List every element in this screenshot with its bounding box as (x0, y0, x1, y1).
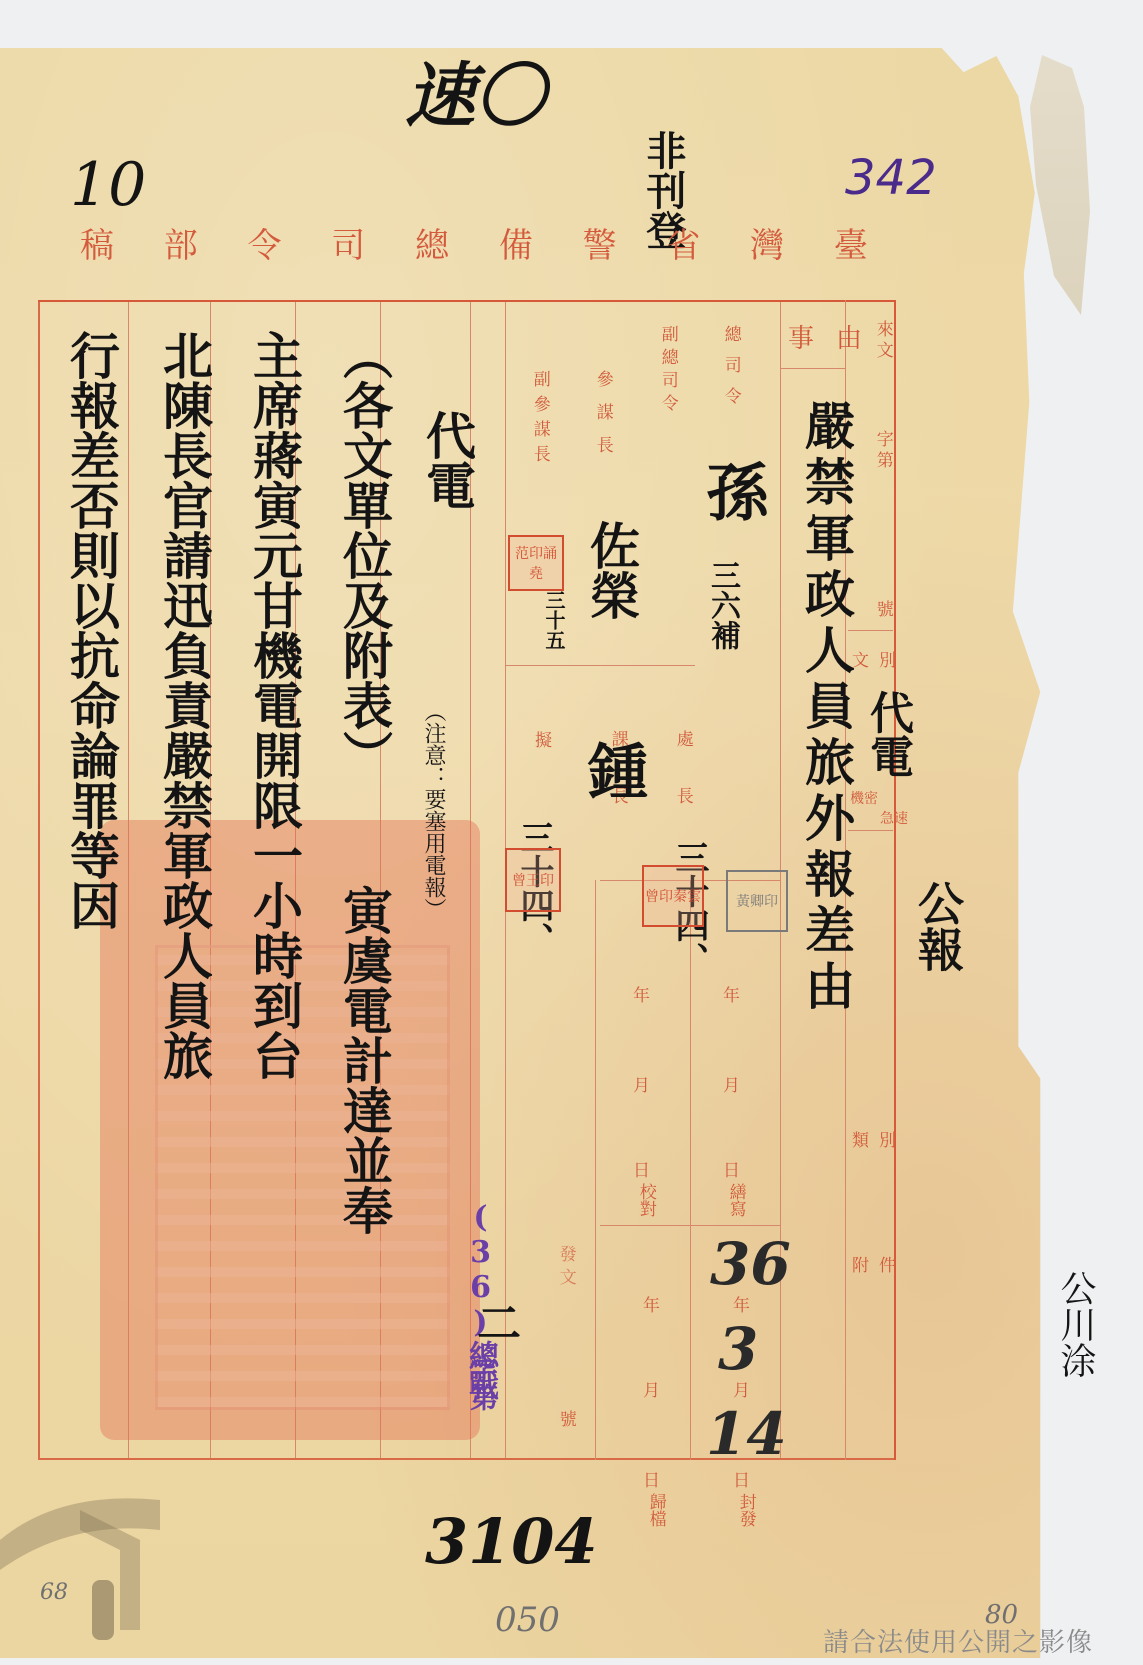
dispatch-year: 36 (710, 1230, 791, 1298)
header-char: 部 (164, 218, 200, 267)
body-line-1b: 寅虞電計達並奉 (335, 885, 394, 1235)
left-number-mark: 10 (70, 150, 146, 220)
label-hao-dispatch: 號 (553, 1410, 577, 1427)
header-char: 總 (415, 218, 451, 267)
header-char: 備 (499, 218, 535, 267)
seal-zeng-qinyun: 曾印秦雲 (642, 865, 704, 927)
day-label: 日 (633, 1160, 650, 1184)
label-guidang: 歸檔 (643, 1493, 667, 1527)
seal-zeng-wang: 曾王印 (505, 848, 561, 912)
year-label: 年 (633, 985, 650, 1009)
header-char: 省 (666, 218, 702, 267)
body-note: （注意：要塞用電報） (418, 700, 449, 920)
day-label: 日 (723, 1160, 740, 1184)
month-label: 月 (633, 1075, 650, 1099)
year-label: 年 (643, 1295, 660, 1319)
note-fucanmou: 三十五 (540, 590, 569, 650)
header-char: 警 (583, 218, 619, 267)
usage-watermark: 請合法使用公開之影像 (823, 1622, 1093, 1659)
torn-corner (1030, 55, 1090, 315)
year-label: 年 (723, 985, 740, 1009)
dispatch-stamp-middle: 二 (462, 1300, 526, 1344)
frame-top-line (38, 300, 896, 302)
label-zongsiling: 總司令 (718, 325, 742, 418)
subject-value: 嚴禁軍政人員旅外報差由 (790, 400, 862, 1016)
pencil-number: 050 (495, 1600, 560, 1640)
label-chuzhang: 處長 (670, 730, 694, 844)
header-char: 令 (248, 218, 284, 267)
label-canmouzhang: 參謀長 (590, 370, 614, 469)
label-fuzongsiling: 副總司令 (655, 325, 679, 417)
month-label: 月 (643, 1380, 660, 1404)
value-leibie: 公報 (905, 880, 971, 972)
label-ni: 擬 (535, 730, 552, 754)
dispatch-month: 3 (718, 1315, 758, 1383)
archive-logo-icon (0, 1460, 160, 1640)
value-wenbie: 代電 (855, 690, 919, 778)
ruled-line (780, 368, 845, 369)
signature-kezhang: 鍾 (570, 740, 656, 800)
dispatch-day: 14 (706, 1400, 787, 1468)
dispatch-number: 3104 (425, 1505, 598, 1578)
body-line-2: 主席蔣寅元甘機電開限一小時到台 (245, 330, 304, 1080)
header-char: 臺 (834, 218, 870, 267)
label-leibie: 類別 (852, 1130, 906, 1154)
ruled-line (600, 1225, 780, 1226)
body-line-1: （各文單位及附表） (335, 330, 394, 780)
label-wanjian: 急速 (880, 810, 908, 830)
printed-header: 臺 灣 省 警 備 總 司 令 部 稿 (80, 218, 870, 267)
seal-fan: 范印誦堯 (508, 535, 564, 591)
ruled-line (505, 665, 695, 666)
body-line-3: 北陳長官請迅負責嚴禁軍政人員旅 (155, 330, 214, 1080)
day-label: 日 (643, 1470, 660, 1494)
label-fawen: 發文 (553, 1245, 577, 1291)
body-line-4: 行報差否則以抗命論罪等因 (62, 330, 121, 930)
ruled-line (595, 880, 596, 1460)
label-shanxie: 繕寫 (723, 1183, 747, 1217)
label-zidi: 字第 (870, 430, 894, 472)
note-zongsiling: 三六補 (700, 560, 744, 650)
signature-zongsiling: 孫 (688, 460, 777, 522)
label-fujian: 附件 (852, 1255, 906, 1279)
label-subject: 事由 (788, 318, 884, 355)
right-edge-note: 公川涂 (1050, 1270, 1101, 1378)
header-char: 稿 (80, 218, 116, 267)
header-char: 司 (331, 218, 367, 267)
body-title: 代電 (418, 410, 477, 510)
archive-number: 342 (845, 150, 937, 206)
month-label: 月 (723, 1075, 740, 1099)
label-fucanmouzhang: 副參謀長 (527, 370, 551, 470)
header-char: 灣 (750, 218, 786, 267)
signature-canmouzhang: 佐榮 (575, 520, 647, 620)
speed-mark: 速〇 (405, 40, 545, 141)
seal-huang: 黃卿印 (726, 870, 788, 932)
dispatch-stamp-zidi: 字第 (462, 1355, 502, 1411)
label-fengfa: 封發 (733, 1493, 757, 1527)
label-jiaodui: 校對 (633, 1183, 657, 1217)
frame-right-line (894, 300, 896, 1460)
day-label: 日 (733, 1470, 750, 1494)
label-hao: 號 (870, 600, 894, 617)
